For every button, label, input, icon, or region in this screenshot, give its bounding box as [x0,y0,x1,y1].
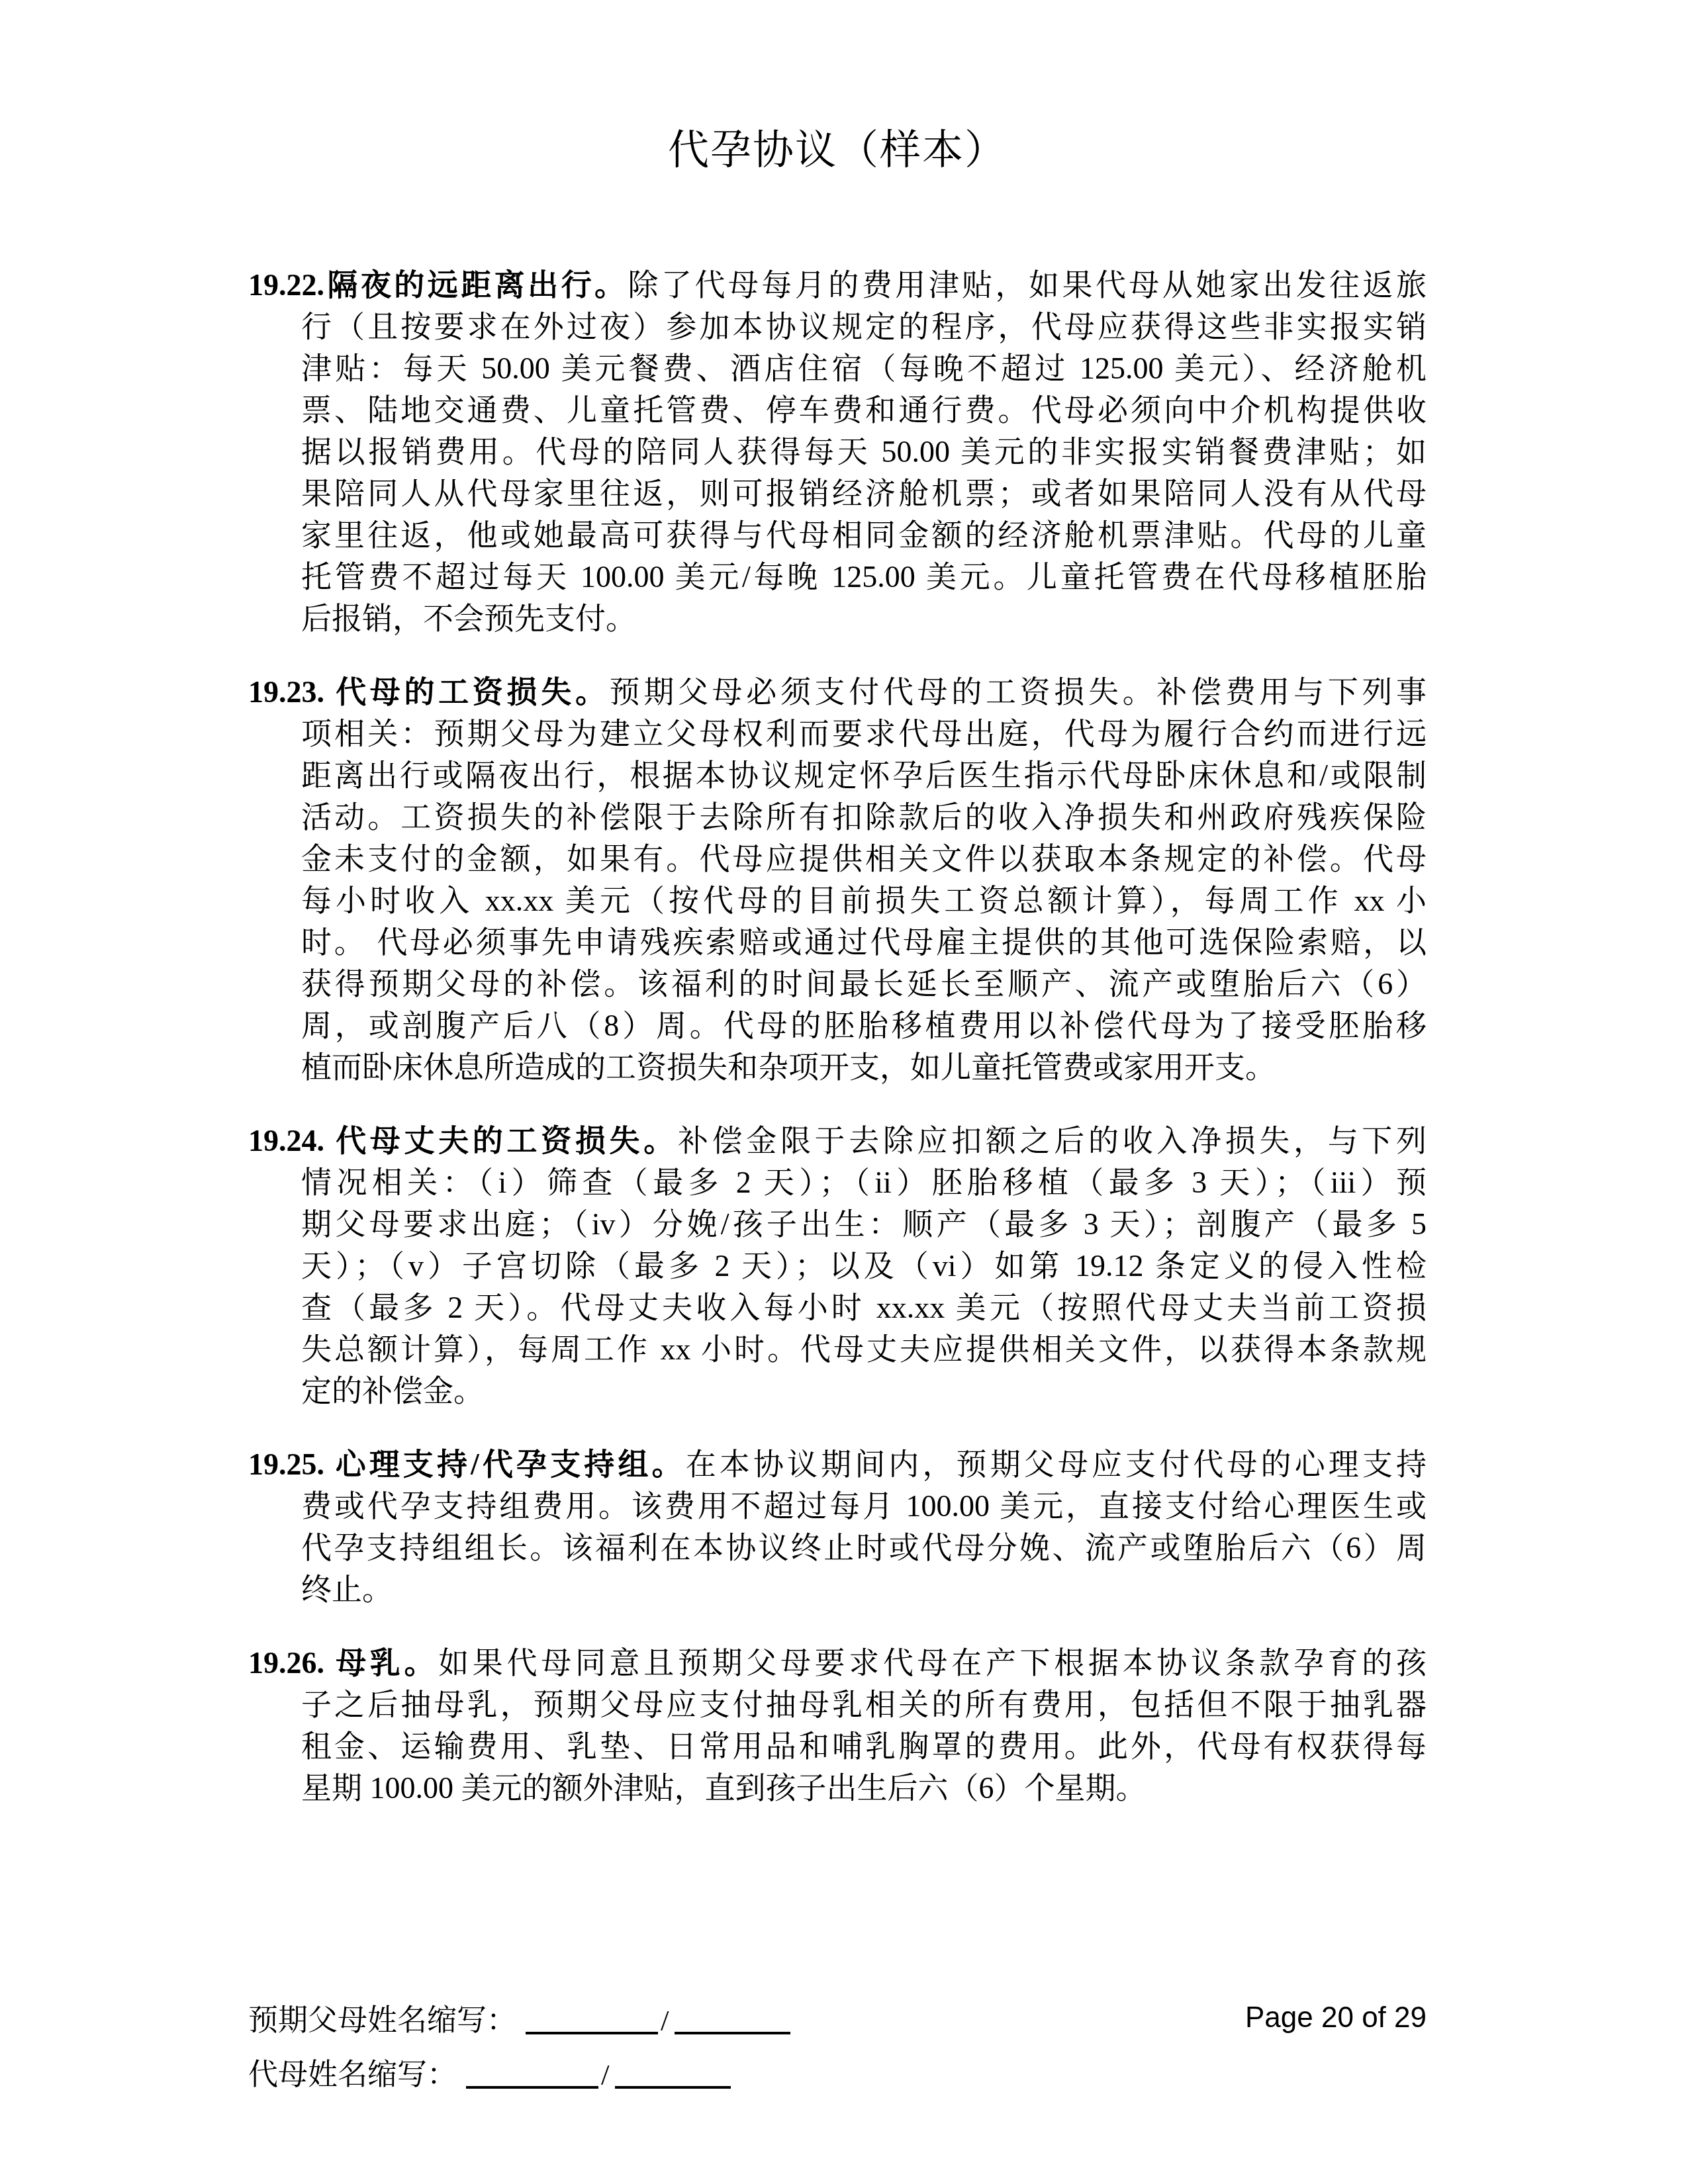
section-text-line: 植而卧床休息所造成的工资损失和杂项开支，如儿童托管费或家用开支。 [301,1046,1427,1088]
section-text-line: 后报销，不会预先支付。 [301,598,1427,639]
section-number: 19.23. [248,675,336,709]
section-text-line: 期父母要求出庭；（iv）分娩/孩子出生：顺产（最多 3 天）；剖腹产（最多 5 [301,1203,1427,1245]
section-text-line: 距离出行或隔夜出行，根据本协议规定怀孕后医生指示代母卧床休息和/或限制 [301,754,1427,796]
section-19-23: 19.23. 代母的工资损失。预期父母必须支付代母的工资损失。补偿费用与下列事 … [248,671,1427,1088]
section-text-line: 津贴：每天 50.00 美元餐费、酒店住宿（每晚不超过 125.00 美元）、经… [301,347,1427,389]
section-text-line: 代孕支持组组长。该福利在本协议终止时或代母分娩、流产或堕胎后六（6）周 [301,1527,1427,1569]
section-text-line: 天）；（v）子宫切除（最多 2 天）；以及（vi）如第 19.12 条定义的侵入… [301,1245,1427,1287]
section-number: 19.26. [248,1646,336,1680]
page-number: Page 20 of 29 [1245,2001,1427,2034]
section-text-line: 费或代孕支持组费用。该费用不超过每月 100.00 美元，直接支付给心理医生或 [301,1485,1427,1527]
section-lead-line: 19.22.隔夜的远距离出行。除了代母每月的费用津贴，如果代母从她家出发往返旅 [248,264,1427,306]
section-title: 母乳。 [336,1646,438,1680]
section-text-line: 项相关：预期父母为建立父母权利而要求代母出庭，代母为履行合约而进行远 [301,713,1427,754]
section-lead-line: 19.26. 母乳。如果代母同意且预期父母要求代母在产下根据本协议条款孕育的孩 [248,1642,1427,1684]
section-text-line: 获得预期父母的补偿。该福利的时间最长延长至顺产、流产或堕胎后六（6） [301,963,1427,1005]
section-number: 19.24. [248,1124,336,1158]
section-text-line: 每小时收入 xx.xx 美元（按代母的目前损失工资总额计算），每周工作 xx 小 [301,880,1427,921]
section-lead-line: 19.25. 心理支持/代孕支持组。在本协议期间内，预期父母应支付代母的心理支持 [248,1443,1427,1485]
section-text-line: 星期 100.00 美元的额外津贴，直到孩子出生后六（6）个星期。 [301,1767,1427,1809]
section-text-line: 情况相关：（i）筛查（最多 2 天）；（ii）胚胎移植（最多 3 天）；（iii… [301,1161,1427,1203]
intended-parents-initials-row: 预期父母姓名缩写：/ [248,1993,790,2048]
initials-blank [615,2086,731,2089]
section-19-24: 19.24. 代母丈夫的工资损失。补偿金限于去除应扣额之后的收入净损失，与下列 … [248,1120,1427,1412]
section-lead-text: 在本协议期间内，预期父母应支付代母的心理支持 [686,1447,1427,1481]
initials-blank [466,2086,598,2089]
section-text-line: 定的补偿金。 [301,1370,1427,1412]
document-page: 代孕协议（样本） 19.22.隔夜的远距离出行。除了代母每月的费用津贴，如果代母… [0,0,1688,2184]
section-title: 隔夜的远距离出行。 [324,268,628,302]
intended-parents-initials-label: 预期父母姓名缩写： [248,2004,516,2037]
section-text-line: 终止。 [301,1569,1427,1610]
section-text-line: 租金、运输费用、乳垫、日常用品和哺乳胸罩的费用。此外，代母有权获得每 [301,1725,1427,1767]
document-body: 代孕协议（样本） 19.22.隔夜的远距离出行。除了代母每月的费用津贴，如果代母… [248,122,1427,1841]
section-title: 代母丈夫的工资损失。 [336,1124,678,1158]
section-lead-text: 如果代母同意且预期父母要求代母在产下根据本协议条款孕育的孩 [438,1646,1427,1680]
section-text-line: 票、陆地交通费、儿童托管费、停车费和通行费。代母必须向中介机构提供收 [301,389,1427,431]
section-19-25: 19.25. 心理支持/代孕支持组。在本协议期间内，预期父母应支付代母的心理支持… [248,1443,1427,1610]
section-lead-line: 19.23. 代母的工资损失。预期父母必须支付代母的工资损失。补偿费用与下列事 [248,671,1427,713]
surrogate-initials-row: 代母姓名缩写：/ [248,2048,790,2102]
section-title: 代母的工资损失。 [336,675,609,709]
section-text-line: 托管费不超过每天 100.00 美元/每晚 125.00 美元。儿童托管费在代母… [301,556,1427,598]
section-text-line: 金未支付的金额，如果有。代母应提供相关文件以获取本条规定的补偿。代母 [301,838,1427,880]
section-number: 19.22. [248,268,324,302]
section-number: 19.25. [248,1447,336,1481]
slash-separator: / [601,2058,610,2091]
section-title: 心理支持/代孕支持组。 [336,1447,686,1481]
section-text-line: 子之后抽母乳，预期父母应支付抽母乳相关的所有费用，包括但不限于抽乳器 [301,1684,1427,1725]
section-text-line: 家里往返，他或她最高可获得与代母相同金额的经济舱机票津贴。代母的儿童 [301,514,1427,556]
section-lead-text: 预期父母必须支付代母的工资损失。补偿费用与下列事 [610,675,1427,709]
section-text-line: 失总额计算），每周工作 xx 小时。代母丈夫应提供相关文件，以获得本条款规 [301,1328,1427,1370]
section-lead-line: 19.24. 代母丈夫的工资损失。补偿金限于去除应扣额之后的收入净损失，与下列 [248,1120,1427,1161]
surrogate-initials-label: 代母姓名缩写： [248,2058,457,2091]
section-text-line: 行（且按要求在外过夜）参加本协议规定的程序，代母应获得这些非实报实销 [301,306,1427,347]
section-text-line: 查（最多 2 天）。代母丈夫收入每小时 xx.xx 美元（按照代母丈夫当前工资损 [301,1287,1427,1328]
section-text-line: 据以报销费用。代母的陪同人获得每天 50.00 美元的非实报实销餐费津贴；如 [301,431,1427,473]
initials-blank [675,2032,790,2034]
section-text-line: 时。 代母必须事先申请残疾索赔或通过代母雇主提供的其他可选保险索赔，以 [301,921,1427,963]
section-text-line: 周，或剖腹产后八（8）周。代母的胚胎移植费用以补偿代母为了接受胚胎移 [301,1005,1427,1046]
page-title: 代孕协议（样本） [248,122,1427,179]
initials-blank [526,2032,658,2034]
section-lead-text: 补偿金限于去除应扣额之后的收入净损失，与下列 [678,1124,1427,1158]
section-19-22: 19.22.隔夜的远距离出行。除了代母每月的费用津贴，如果代母从她家出发往返旅 … [248,264,1427,639]
slash-separator: / [661,2004,669,2037]
section-text-line: 果陪同人从代母家里往返，则可报销经济舱机票；或者如果陪同人没有从代母 [301,473,1427,514]
section-19-26: 19.26. 母乳。如果代母同意且预期父母要求代母在产下根据本协议条款孕育的孩 … [248,1642,1427,1809]
section-lead-text: 除了代母每月的费用津贴，如果代母从她家出发往返旅 [628,268,1427,302]
section-text-line: 活动。工资损失的补偿限于去除所有扣除款后的收入净损失和州政府残疾保险 [301,796,1427,838]
footer: 预期父母姓名缩写：/ 代母姓名缩写：/ [248,1993,790,2102]
